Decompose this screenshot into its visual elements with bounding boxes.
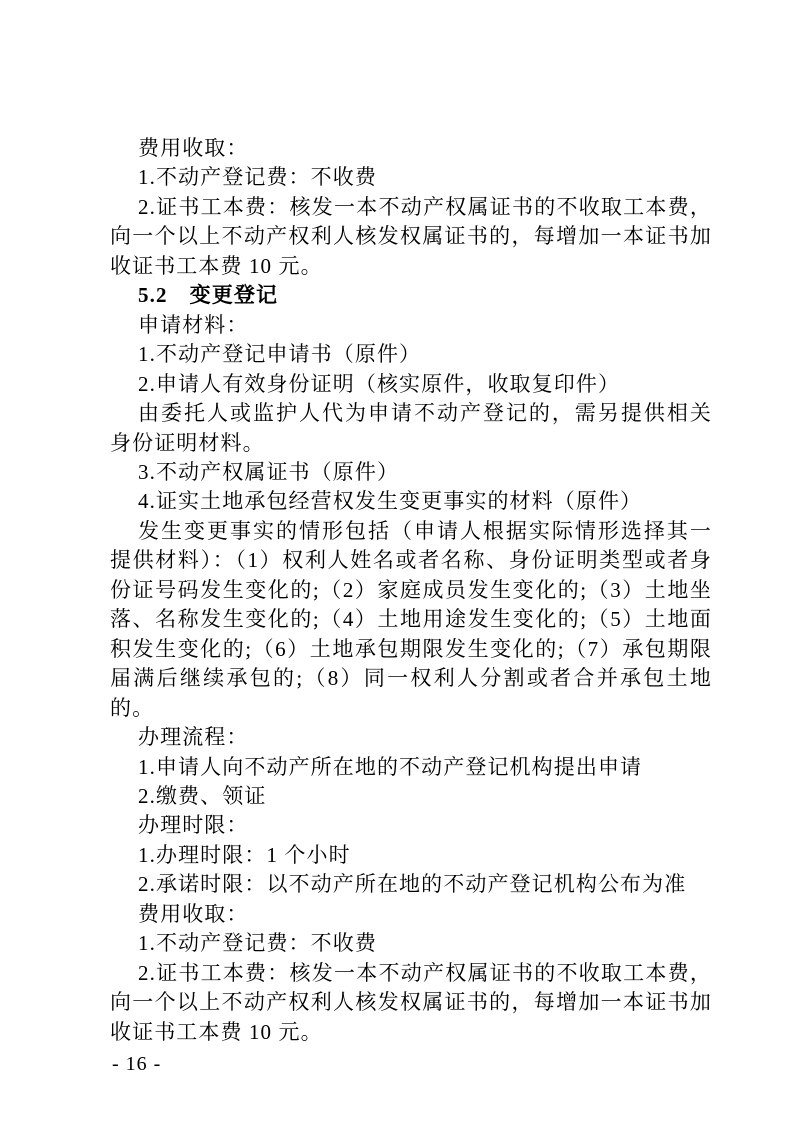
- paragraph: 1.不动产登记费：不收费: [110, 163, 712, 192]
- paragraph: 办理时限：: [110, 811, 712, 840]
- paragraph: 1.申请人向不动产所在地的不动产登记机构提出申请: [110, 753, 712, 782]
- paragraph: 2.申请人有效身份证明（核实原件，收取复印件）: [110, 370, 712, 399]
- paragraph: 4.证实土地承包经营权发生变更事实的材料（原件）: [110, 487, 712, 516]
- paragraph: 2.缴费、领证: [110, 782, 712, 811]
- paragraph: 3.不动产权属证书（原件）: [110, 458, 712, 487]
- paragraph: 申请材料：: [110, 311, 712, 340]
- paragraph: 2.承诺时限：以不动产所在地的不动产登记机构公布为准: [110, 870, 712, 899]
- paragraph: 办理流程：: [110, 723, 712, 752]
- paragraph: 由委托人或监护人代为申请不动产登记的，需另提供相关身份证明材料。: [110, 399, 712, 458]
- section-heading: 5.2 变更登记: [110, 281, 712, 310]
- paragraph: 2.证书工本费：核发一本不动产权属证书的不收取工本费，向一个以上不动产权利人核发…: [110, 959, 712, 1047]
- paragraph: 1.办理时限：1 个小时: [110, 841, 712, 870]
- paragraph: 费用收取：: [110, 900, 712, 929]
- paragraph: 1.不动产登记费：不收费: [110, 929, 712, 958]
- paragraph: 发生变更事实的情形包括（申请人根据实际情形选择其一提供材料）：（1）权利人姓名或…: [110, 517, 712, 723]
- paragraph: 1.不动产登记申请书（原件）: [110, 340, 712, 369]
- page-footer: - 16 -: [112, 1052, 161, 1076]
- paragraph: 2.证书工本费：核发一本不动产权属证书的不收取工本费，向一个以上不动产权利人核发…: [110, 193, 712, 281]
- document-body: 费用收取：1.不动产登记费：不收费2.证书工本费：核发一本不动产权属证书的不收取…: [110, 134, 712, 1047]
- page-number: - 16 -: [112, 1053, 161, 1075]
- document-page: 费用收取：1.不动产登记费：不收费2.证书工本费：核发一本不动产权属证书的不收取…: [0, 0, 793, 1122]
- paragraph: 费用收取：: [110, 134, 712, 163]
